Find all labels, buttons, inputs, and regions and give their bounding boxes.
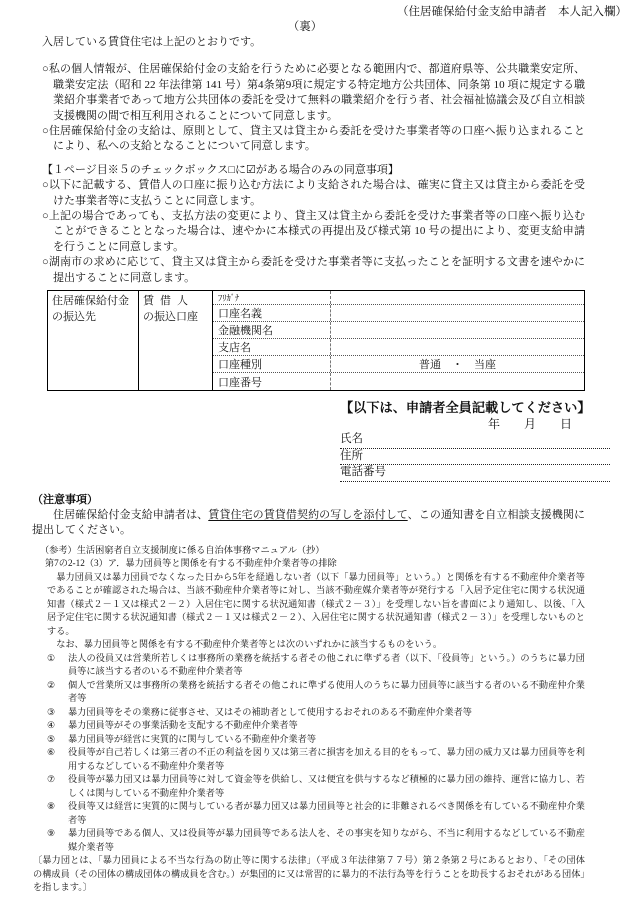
account-detail-rows: ﾌﾘｶﾞﾅ 口座名義 金融機関名 支店名 口座種別 普通 ・ 当座 口座番号: [213, 291, 584, 390]
item-number: ④: [47, 719, 68, 733]
table-row-bank-name: 金融機関名: [213, 322, 584, 339]
bank-transfer-table: 住居確保給付金 の振込先 賃借人 の振込口座 ﾌﾘｶﾞﾅ 口座名義 金融機関名 …: [47, 290, 585, 391]
item-number: ⑨: [47, 827, 68, 854]
reference-item-8: ⑧ 役員等又は経営に実質的に関与している者が暴力団又は暴力団員等と社会的に非難さ…: [47, 800, 585, 827]
document-page: （住居確保給付金支給申請者 本人記入欄） （裏） 入居している賃貸住宅は上記のと…: [0, 0, 630, 903]
item-text: 暴力団員等がその事業活動を支配する不動産仲介業者等: [68, 719, 585, 733]
account-number-label: 口座番号: [213, 374, 330, 390]
account-type-options: 普通 ・ 当座: [330, 356, 584, 372]
address-field-label: 住所: [340, 450, 363, 462]
consent-paragraph-2: ○住居確保給付金の支給は、原則として、貸主又は貸主から委託を受けた事業者等の口座…: [42, 124, 585, 155]
furigana-value-cell: [330, 291, 584, 304]
consent-paragraph-5: ○湖南市の求めに応じて、貸主又は貸主から委託を受けた事業者等に支払ったことを証明…: [42, 255, 585, 286]
bank-name-value-cell: [330, 322, 584, 338]
account-name-value-cell: [330, 305, 584, 321]
name-field-row: 氏名: [340, 432, 610, 449]
item-text: 個人で営業所又は事務所の業務を統括する者その他これに準ずる使用人のうちに暴力団員…: [68, 679, 585, 706]
item-number: ⑥: [47, 746, 68, 773]
item-number: ③: [47, 706, 68, 720]
item-number: ⑧: [47, 800, 68, 827]
item-text: 暴力団員等である個人、又は役員等が暴力団員等である法人を、その事実を知りながら、…: [68, 827, 585, 854]
item-text: 暴力団員等をその業務に従事させ、又はその補助者として使用するおそれのある不動産仲…: [68, 706, 585, 720]
payee-header-line2: の振込先: [52, 309, 134, 325]
header-note: （住居確保給付金支給申請者 本人記入欄）: [0, 5, 627, 20]
reference-item-5: ⑤ 暴力団員等が経営に実質的に関与している不動産仲介業者等: [47, 733, 585, 747]
consent-paragraph-4: ○上記の場合であっても、支払方法の変更により、貸主又は貸主から委託を受けた事業者…: [42, 209, 585, 255]
back-side-label: （裏）: [0, 20, 610, 35]
notes-section: （注意事項） 住居確保給付金支給申請者は、賃貸住宅の賃貸借契約の写しを添付して、…: [32, 493, 585, 539]
item-text: 役員等又は経営に実質的に関与している者が暴力団又は暴力団員等と社会的に非難される…: [68, 800, 585, 827]
table-row-branch-name: 支店名: [213, 339, 584, 356]
signature-section: 【以下は、申請者全員記載してください】 年 月 日 氏名 住所 電話番号: [340, 400, 610, 482]
item-number: ⑤: [47, 733, 68, 747]
table-row-furigana: ﾌﾘｶﾞﾅ: [213, 291, 584, 305]
signature-section-heading: 【以下は、申請者全員記載してください】: [340, 400, 610, 416]
notes-heading: （注意事項）: [32, 493, 585, 508]
notes-text-pre: 住居確保給付金支給申請者は、: [53, 509, 208, 521]
branch-name-value-cell: [330, 339, 584, 355]
tenant-header-line1: 賃借人: [143, 293, 208, 309]
reference-item-7: ⑦ 役員等が暴力団又は暴力団員等に対して資金等を供給し、又は便宜を供与するなど積…: [47, 773, 585, 800]
bank-name-label: 金融機関名: [213, 322, 330, 338]
item-text: 役員等が暴力団又は暴力団員等に対して資金等を供給し、又は便宜を供与するなど積極的…: [68, 773, 585, 800]
item-text: 法人の役員又は営業所若しくは事務所の業務を統括する者その他これに準ずる者（以下、…: [68, 652, 585, 679]
address-field-row: 住所: [340, 449, 610, 466]
payee-header-line1: 住居確保給付金: [52, 293, 134, 309]
account-name-label: 口座名義: [213, 305, 330, 321]
reference-title: （参考）生活困窮者自立支援制度に係る自治体事務マニュアル（抄）: [40, 544, 585, 558]
item-number: ②: [47, 679, 68, 706]
item-number: ⑦: [47, 773, 68, 800]
tenant-header-line2: の振込口座: [143, 309, 208, 325]
notes-text-underlined: 賃貸住宅の賃貸借契約の写しを添付して: [208, 509, 407, 521]
reference-paragraph-1: 暴力団員又は暴力団員でなくなった日から5年を経過しない者（以下「暴力団員等」とい…: [47, 571, 585, 639]
item-text: 役員等が自己若しくは第三者の不正の利益を図り又は第三者に損害を加える目的をもって…: [68, 746, 585, 773]
reference-section-title: 第7の2-12（3）ア．暴力団員等と関係を有する不動産仲介業者等の排除: [45, 557, 585, 571]
payee-header-cell: 住居確保給付金 の振込先: [48, 291, 139, 390]
account-type-label: 口座種別: [213, 356, 330, 372]
tenant-account-header-cell: 賃借人 の振込口座: [139, 291, 213, 390]
reference-footnote: 〔暴力団とは、「暴力団員による不当な行為の防止等に関する法律」（平成３年法律第７…: [33, 854, 585, 895]
conditional-consent-heading: 【１ページ目※５のチェックボックス□に☑がある場合のみの同意事項】: [42, 163, 585, 178]
table-row-account-type: 口座種別 普通 ・ 当座: [213, 356, 584, 373]
branch-name-label: 支店名: [213, 339, 330, 355]
intro-text: 入居している賃貸住宅は上記のとおりです。: [42, 35, 585, 50]
reference-item-6: ⑥ 役員等が自己若しくは第三者の不正の利益を図り又は第三者に損害を加える目的をも…: [47, 746, 585, 773]
reference-item-3: ③ 暴力団員等をその業務に従事させ、又はその補助者として使用するおそれのある不動…: [47, 706, 585, 720]
consent-paragraph-1: ○私の個人情報が、住居確保給付金の支給を行うために必要となる範囲内で、都道府県等…: [42, 62, 585, 124]
reference-item-1: ① 法人の役員又は営業所若しくは事務所の業務を統括する者その他これに準ずる者（以…: [47, 652, 585, 679]
reference-paragraph-2: なお、暴力団員等と関係を有する不動産仲介業者等とは次のいずれかに該当するものをい…: [47, 638, 585, 652]
item-number: ①: [47, 652, 68, 679]
reference-section: （参考）生活困窮者自立支援制度に係る自治体事務マニュアル（抄） 第7の2-12（…: [47, 544, 585, 895]
name-field-label: 氏名: [340, 433, 363, 445]
phone-field-label: 電話番号: [340, 466, 386, 478]
reference-item-2: ② 個人で営業所又は事務所の業務を統括する者その他これに準ずる使用人のうちに暴力…: [47, 679, 585, 706]
table-row-account-name: 口座名義: [213, 305, 584, 322]
furigana-label: ﾌﾘｶﾞﾅ: [213, 292, 330, 304]
item-text: 暴力団員等が経営に実質的に関与している不動産仲介業者等: [68, 733, 585, 747]
consent-paragraph-3: ○以下に記載する、賃借人の口座に振り込む方法により支給された場合は、確実に貸主又…: [42, 178, 585, 209]
notes-paragraph: 住居確保給付金支給申請者は、賃貸住宅の賃貸借契約の写しを添付して、この通知書を自…: [32, 508, 585, 539]
table-row-account-number: 口座番号: [213, 373, 584, 390]
account-number-value-cell: [330, 373, 584, 390]
reference-item-9: ⑨ 暴力団員等である個人、又は役員等が暴力団員等である法人を、その事実を知りなが…: [47, 827, 585, 854]
date-line: 年 月 日: [340, 416, 610, 432]
reference-item-4: ④ 暴力団員等がその事業活動を支配する不動産仲介業者等: [47, 719, 585, 733]
phone-field-row: 電話番号: [340, 465, 610, 482]
